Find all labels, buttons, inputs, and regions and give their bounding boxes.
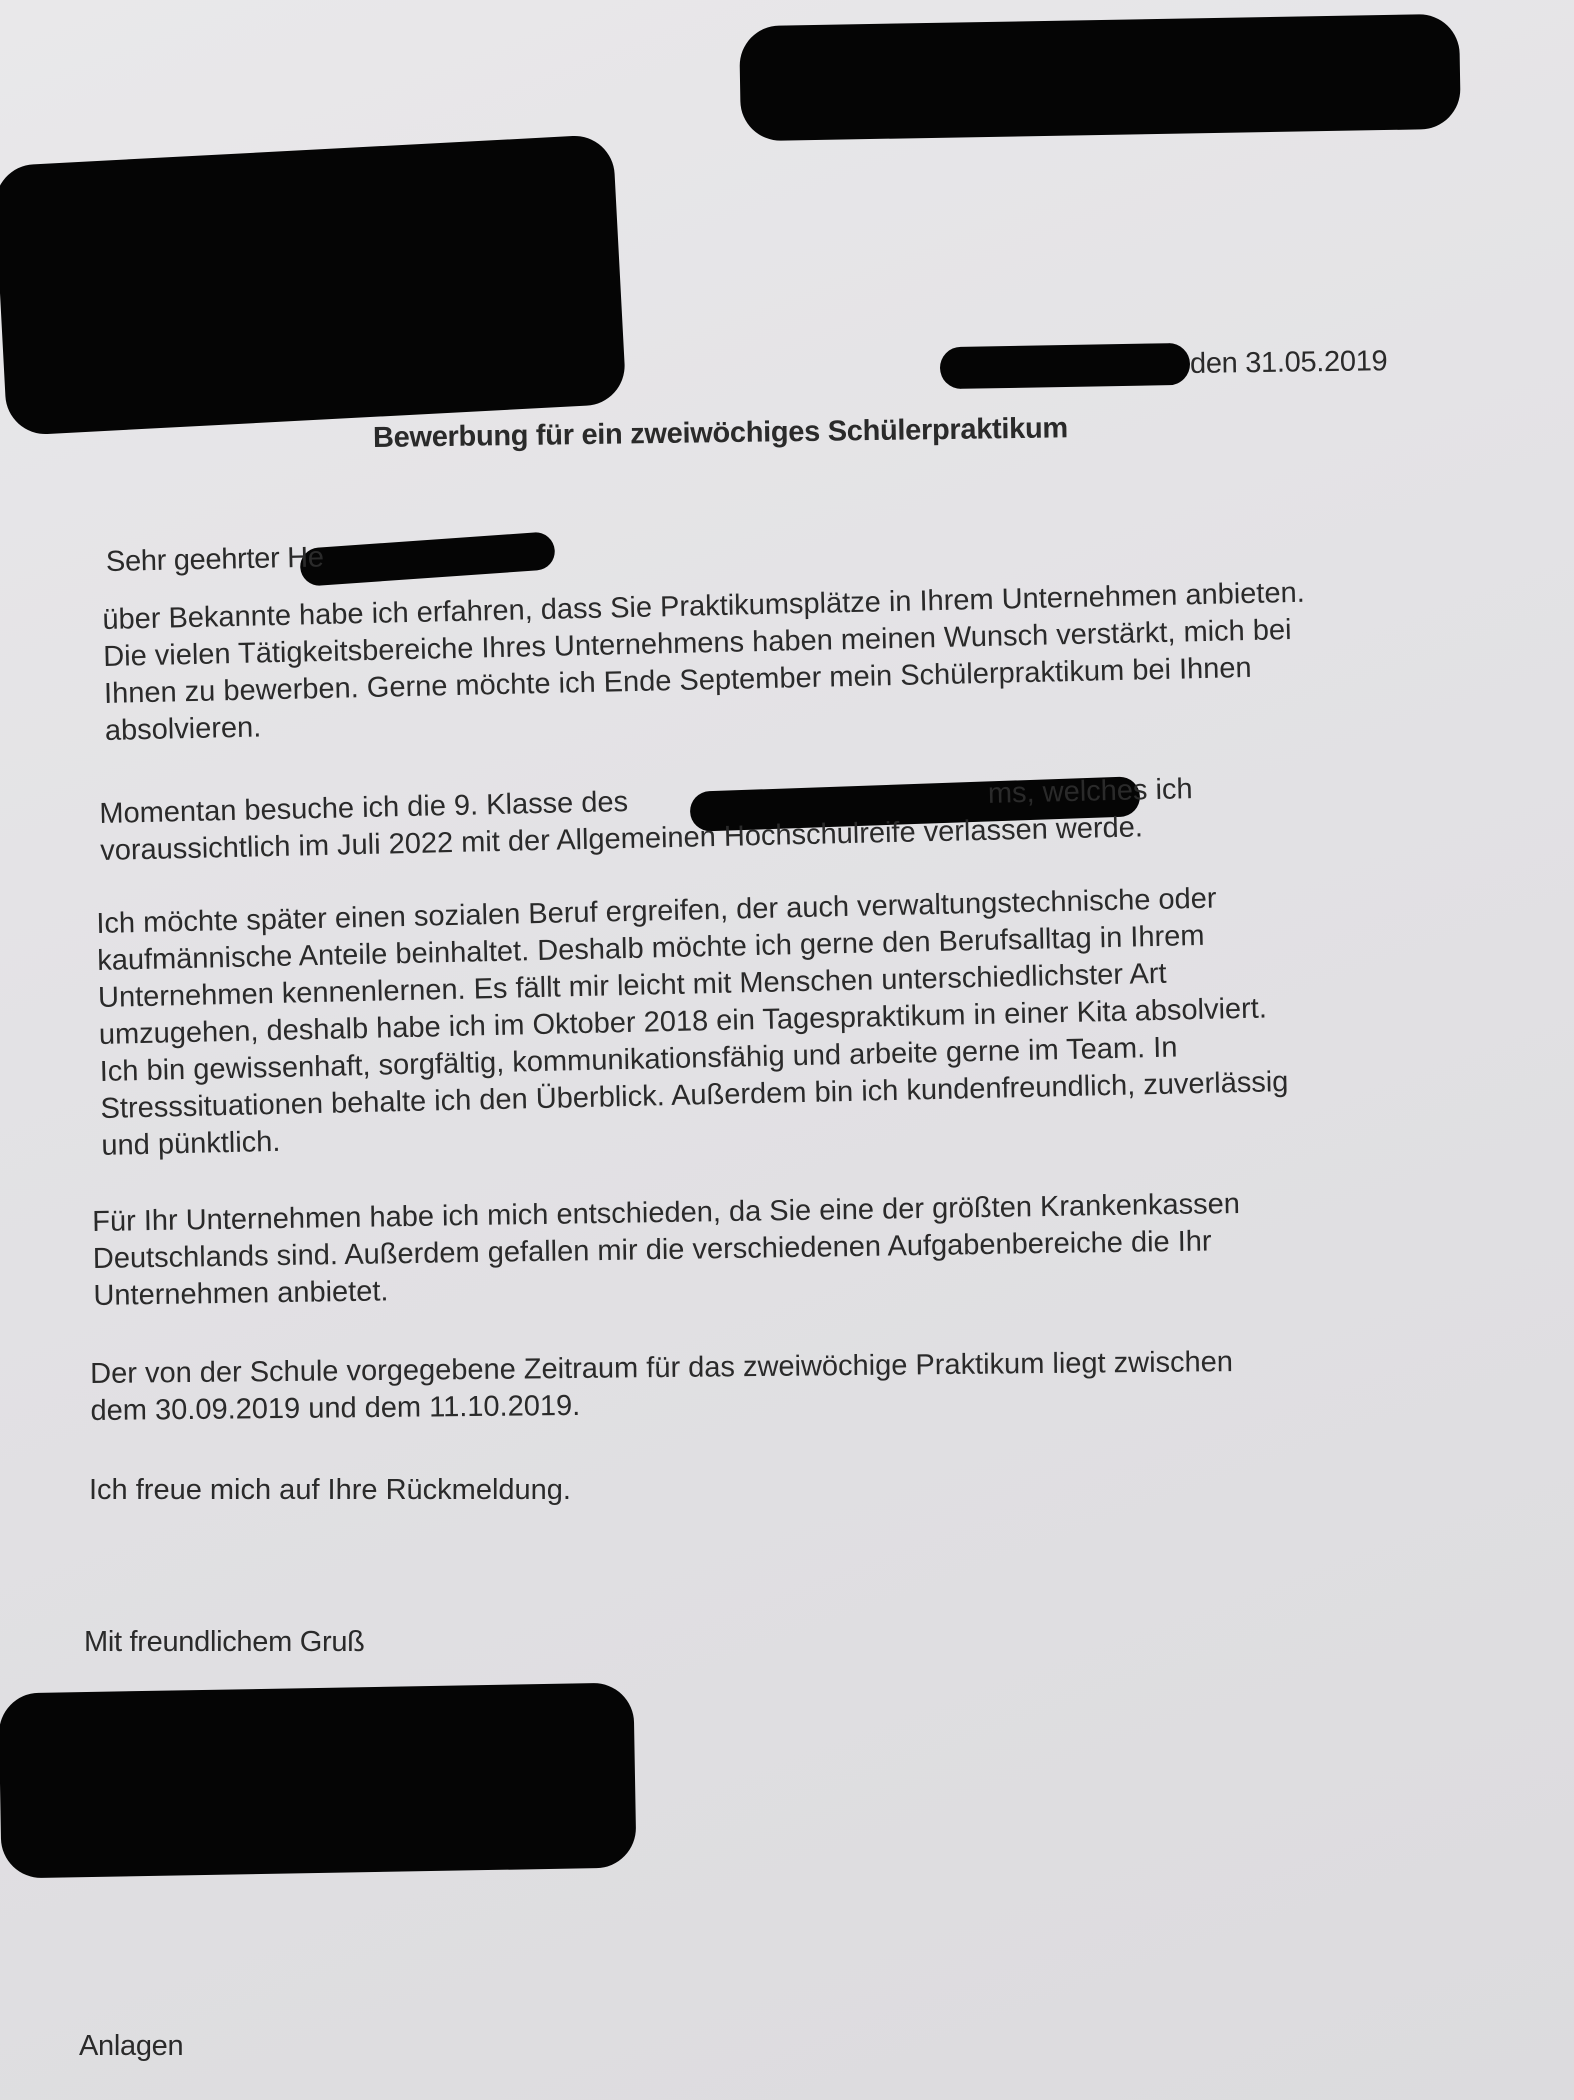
paragraph-closing-remark: Ich freue mich auf Ihre Rückmeldung. (89, 1472, 571, 1509)
paragraph-period: Der von der Schule vorgegebene Zeitraum … (90, 1344, 1234, 1430)
paragraph-intro: über Bekannte habe ich erfahren, dass Si… (102, 575, 1308, 750)
enclosures: Anlagen (79, 2030, 183, 2063)
paragraph-company: Für Ihr Unternehmen habe ich mich entsch… (92, 1186, 1241, 1315)
redacted-place (940, 343, 1191, 389)
paragraph-school: Momentan besuche ich die 9. Klasse desms… (99, 771, 1194, 870)
closing: Mit freundlichem Gruß (84, 1626, 365, 1659)
redacted-recipient-address (0, 134, 627, 436)
letter-date: den 31.05.2019 (1190, 345, 1388, 381)
letter-subject: Bewerbung für ein zweiwöchiges Schülerpr… (373, 412, 1068, 455)
paragraph-motivation: Ich möchte später einen sozialen Beruf e… (96, 879, 1290, 1165)
salutation: Sehr geehrter He (106, 541, 324, 579)
redacted-recipient-name (299, 531, 556, 587)
text-line: ms, welches ich (988, 773, 1193, 810)
text-line: Ich freue mich auf Ihre Rückmeldung. (89, 1472, 571, 1509)
redacted-signature (0, 1682, 637, 1878)
redacted-sender-address (739, 14, 1461, 142)
